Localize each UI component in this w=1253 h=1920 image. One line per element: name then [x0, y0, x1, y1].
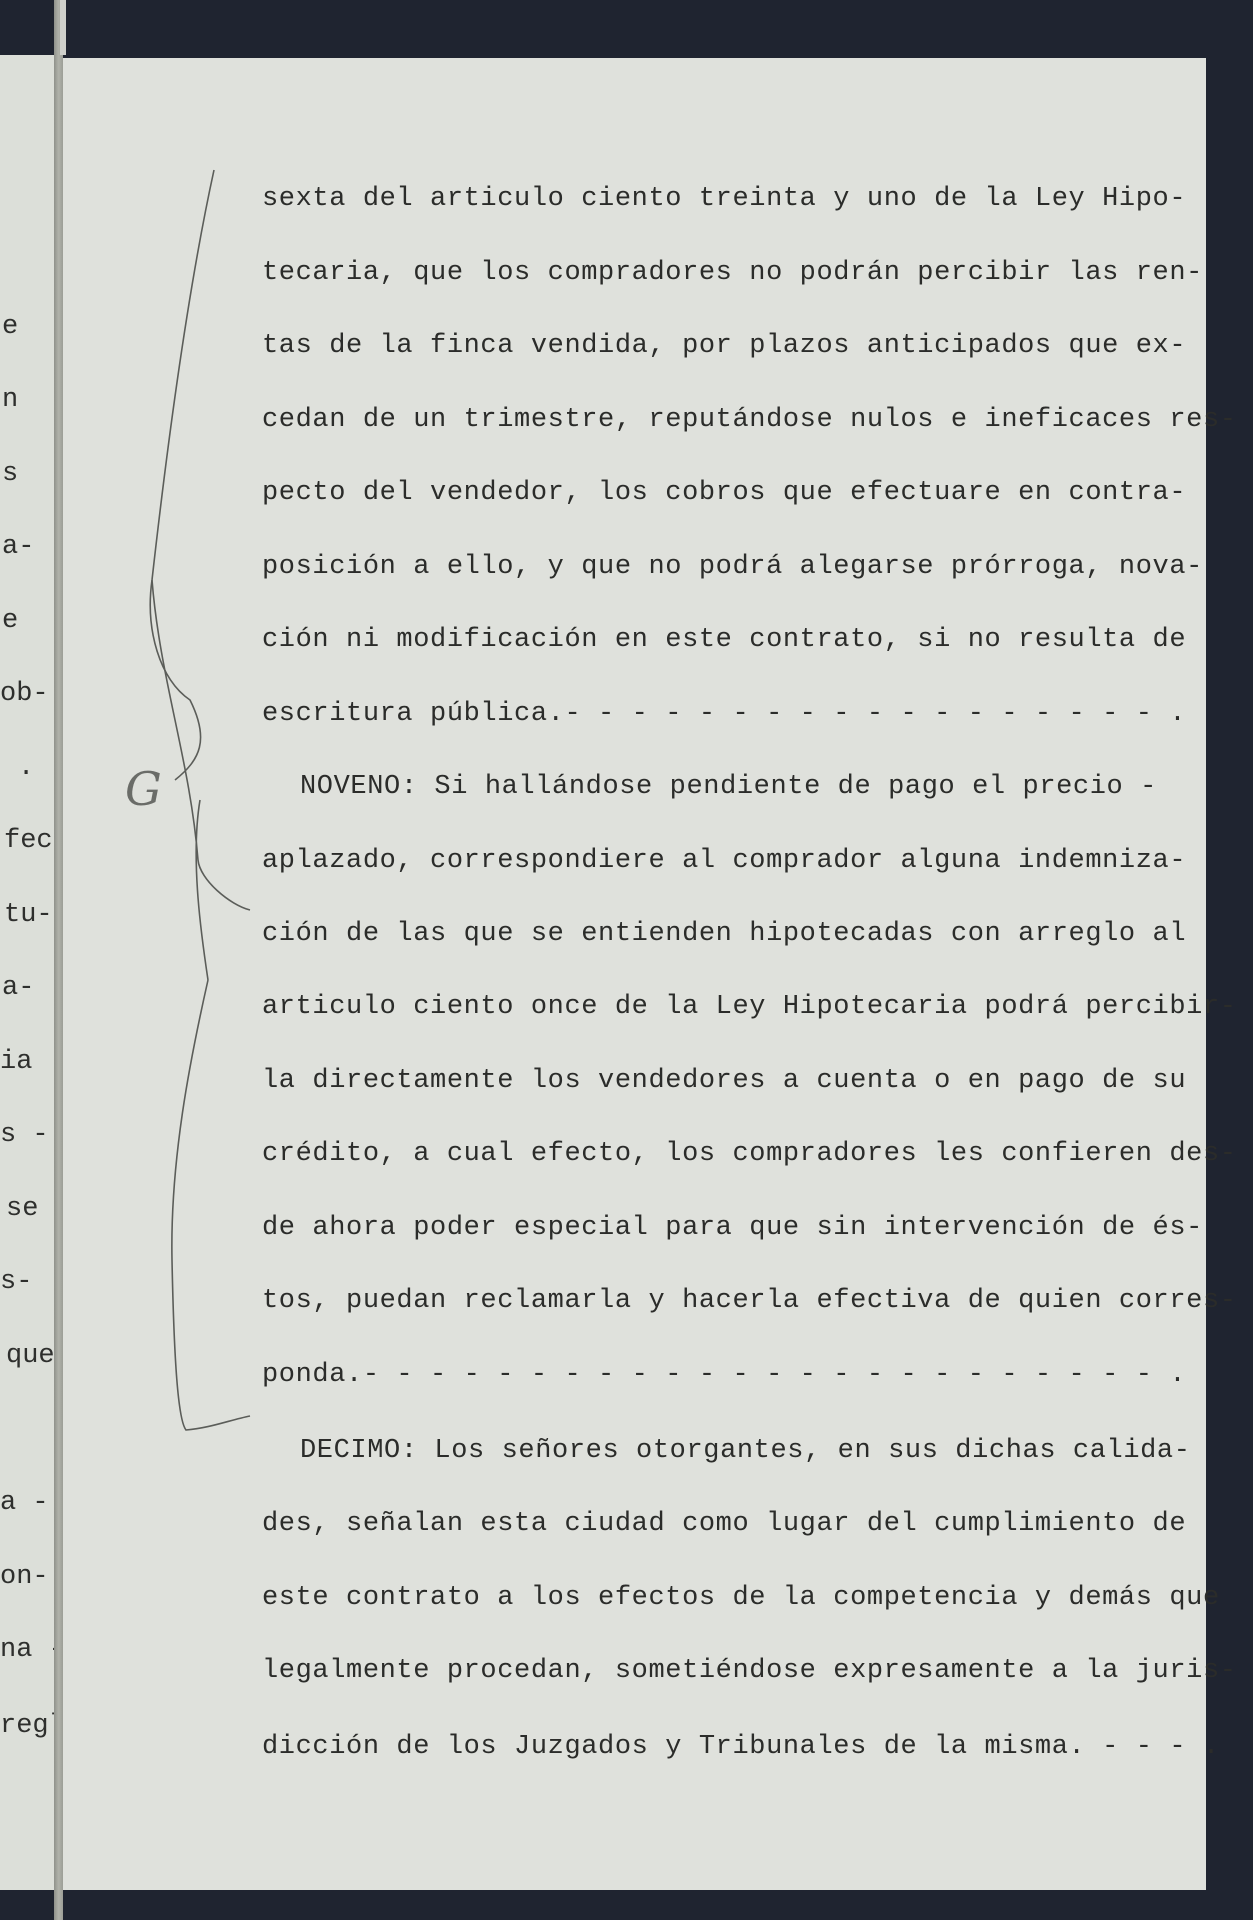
text-line: de ahora poder especial para que sin int… — [262, 1213, 1203, 1243]
left-page-text: . — [18, 753, 34, 783]
left-page-text: tu- — [4, 900, 53, 930]
left-page-text: on- — [0, 1562, 49, 1592]
left-page-text: se — [6, 1194, 38, 1224]
text-line: este contrato a los efectos de la compet… — [262, 1583, 1220, 1613]
pencil-annotation: G — [125, 762, 162, 816]
left-page-text: ia — [0, 1047, 32, 1077]
text-line: ción de las que se entienden hipotecadas… — [262, 919, 1186, 949]
left-page-text: ob- — [0, 679, 49, 709]
text-line: tos, puedan reclamarla y hacerla efectiv… — [262, 1286, 1237, 1316]
left-page-text: a - — [0, 1488, 49, 1518]
text-line: aplazado, correspondiere al comprador al… — [262, 846, 1186, 876]
text-line: cedan de un trimestre, reputándose nulos… — [262, 405, 1237, 435]
left-page-text: e — [2, 312, 18, 342]
text-line: posición a ello, y que no podrá alegarse… — [262, 552, 1203, 582]
background-top-left — [0, 0, 54, 55]
spine-edge — [60, 0, 66, 55]
clause-heading-noveno: NOVENO: Si hallándose pendiente de pago … — [300, 772, 1157, 802]
text-line: ponda.- - - - - - - - - - - - - - - - - … — [262, 1360, 1186, 1390]
book-spine — [54, 0, 63, 1920]
left-page-text: a- — [2, 973, 34, 1003]
text-line: legalmente procedan, sometiéndose expres… — [262, 1656, 1237, 1686]
left-page-text: a- — [2, 532, 34, 562]
left-page-text: s- — [0, 1267, 32, 1297]
text-line: tecaria, que los compradores no podrán p… — [262, 258, 1203, 288]
text-line: sexta del articulo ciento treinta y uno … — [262, 184, 1186, 214]
text-line: articulo ciento once de la Ley Hipotecar… — [262, 992, 1237, 1022]
left-page-text: que — [6, 1341, 55, 1371]
text-line: la directamente los vendedores a cuenta … — [262, 1066, 1186, 1096]
left-page-text: s - — [0, 1120, 49, 1150]
left-page-text: n — [2, 385, 18, 415]
text-line: ción ni modificación en este contrato, s… — [262, 625, 1186, 655]
text-line: dicción de los Juzgados y Tribunales de … — [262, 1732, 1220, 1762]
left-page-text: s — [2, 459, 18, 489]
text-line: des, señalan esta ciudad como lugar del … — [262, 1509, 1186, 1539]
clause-heading-decimo: DECIMO: Los señores otorgantes, en sus d… — [300, 1436, 1191, 1466]
text-line: crédito, a cual efecto, los compradores … — [262, 1139, 1237, 1169]
text-line: escritura pública.- - - - - - - - - - - … — [262, 699, 1186, 729]
text-line: tas de la finca vendida, por plazos anti… — [262, 331, 1186, 361]
left-page-fragment: e n s a- e ob- . fec- tu- a- ia s - se s… — [0, 0, 54, 1890]
left-page-text: e — [2, 606, 18, 636]
text-line: pecto del vendedor, los cobros que efect… — [262, 478, 1186, 508]
